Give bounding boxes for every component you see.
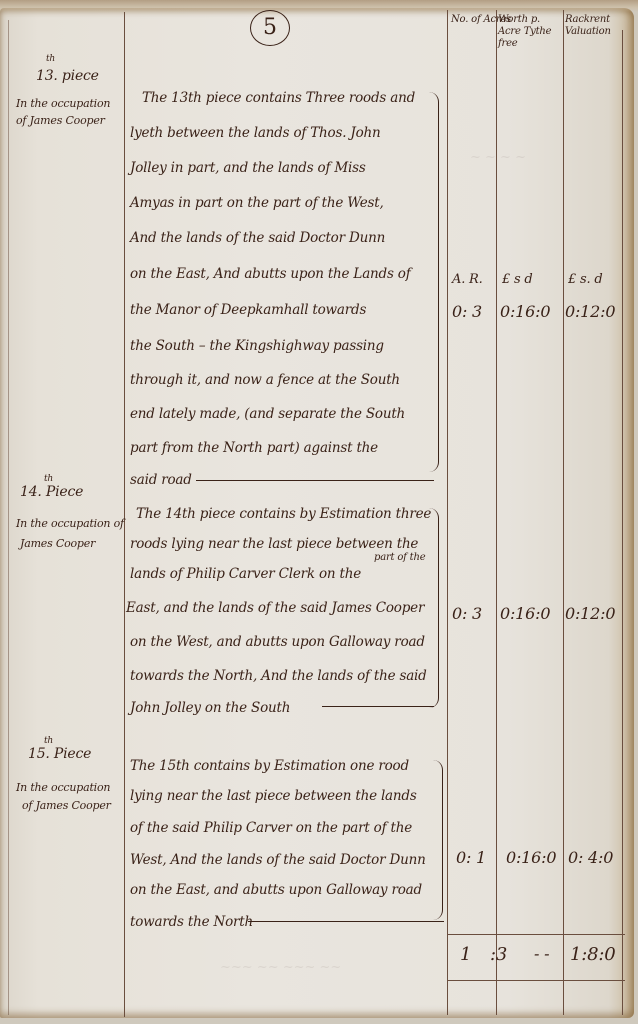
piece-label: 14. Piece [20, 484, 83, 500]
piece-superscript: th [44, 474, 53, 484]
column-rule-left [124, 12, 125, 1017]
description-line: And the lands of the said Doctor Dunn [130, 220, 385, 257]
page-number: 5 [250, 10, 290, 46]
line-filler [196, 480, 434, 481]
occupation-line: In the occupation of [16, 516, 124, 532]
column-rule-acres [447, 10, 448, 1015]
description-line: Amyas in part on the part of the West, [130, 185, 384, 222]
header-rackrent: Rackrent Valuation [565, 14, 621, 38]
total-acres: 1 [460, 944, 471, 965]
piece-label: 15. Piece [28, 746, 91, 762]
total-rackrent: 1:8:0 [570, 944, 616, 965]
units-rackrent: £ s. d [568, 272, 602, 287]
description-line: The 13th piece contains Three roods and [142, 80, 415, 117]
column-rule-worth [496, 10, 497, 1015]
acres-value: 0: 3 [452, 604, 482, 623]
column-rule-right [622, 30, 623, 1015]
acres-value: 0: 3 [452, 302, 482, 321]
description-line: the Manor of Deepkamhall towards [130, 292, 366, 329]
entry-bracket [430, 760, 443, 920]
worth-value: 0:16:0 [500, 302, 550, 321]
totals-rule-top [447, 934, 625, 935]
description-line: John Jolley on the South [130, 690, 290, 727]
description-line: towards the North [130, 904, 253, 941]
description-line: lands of Philip Carver Clerk on the [130, 556, 361, 593]
occupation-line: James Cooper [20, 536, 95, 552]
header-worth: Worth p. Acre Tythe free [498, 14, 562, 50]
interlinear-insertion: part of the [374, 552, 425, 563]
entry-bracket [428, 508, 439, 708]
occupation-line: In the occupation [16, 96, 110, 112]
rackrent-value: 0:12:0 [565, 302, 615, 321]
margin-rule [8, 20, 9, 1015]
column-rule-rack [563, 10, 564, 1015]
piece-superscript: th [44, 736, 53, 746]
units-worth: £ s d [502, 272, 533, 287]
description-line: through it, and now a fence at the South [130, 362, 400, 399]
description-line: Jolley in part, and the lands of Miss [130, 150, 366, 187]
description-line: East, and the lands of the said James Co… [126, 590, 424, 627]
total-worth: - - [534, 944, 549, 963]
description-line: end lately made, (and separate the South [130, 396, 405, 433]
bleed-through-text: ~ ~ ~ ~ [470, 150, 526, 165]
worth-value: 0:16:0 [506, 848, 556, 867]
piece-superscript: th [46, 54, 55, 64]
total-roods: :3 [490, 944, 507, 965]
occupation-line: In the occupation [16, 780, 110, 796]
line-filler [322, 706, 434, 707]
acres-value: 0: 1 [456, 848, 486, 867]
occupation-line: of James Cooper [16, 113, 105, 129]
entry-bracket [428, 92, 439, 472]
description-line: the South – the Kingshighway passing [130, 328, 384, 365]
worth-value: 0:16:0 [500, 604, 550, 623]
bleed-through-text: ~~~ ~~ ~~~ ~~ [220, 960, 341, 975]
paper-edge [0, 0, 638, 12]
piece-label: 13. piece [36, 68, 99, 84]
line-filler [248, 921, 444, 922]
description-line: said road [130, 462, 192, 499]
description-line: on the East, And abutts upon the Lands o… [130, 256, 411, 293]
rackrent-value: 0: 4:0 [568, 848, 613, 867]
description-line: lyeth between the lands of Thos. John [130, 115, 381, 152]
totals-rule-bottom [447, 980, 625, 981]
rackrent-value: 0:12:0 [565, 604, 615, 623]
units-acres: A. R. [452, 272, 483, 287]
occupation-line: of James Cooper [22, 798, 111, 814]
description-line: on the West, and abutts upon Galloway ro… [130, 624, 425, 661]
